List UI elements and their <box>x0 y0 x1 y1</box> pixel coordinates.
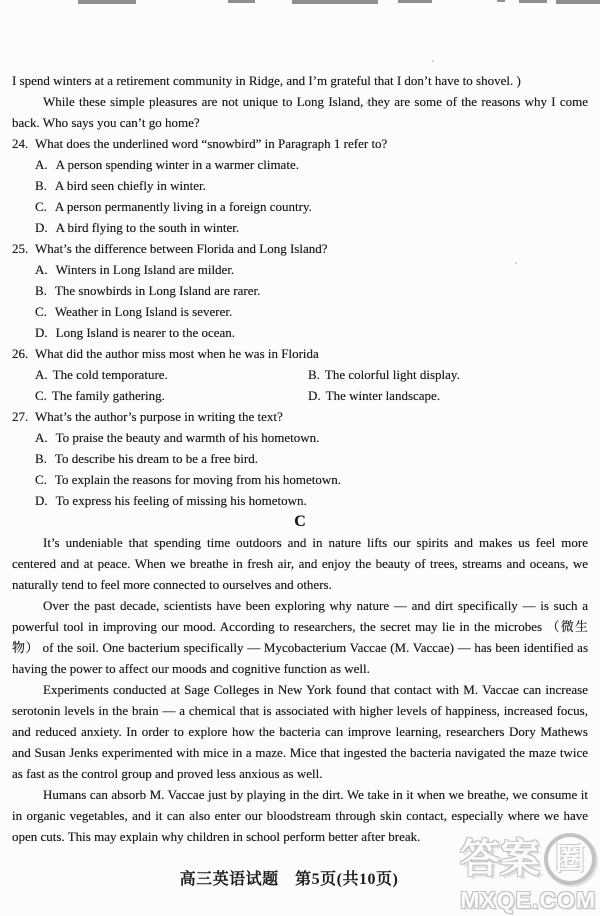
scan-artifact <box>292 0 378 4</box>
question-27-option-d: D.To express his feeling of missing his … <box>35 490 588 511</box>
option-label: D. <box>308 388 321 403</box>
option-label: D. <box>35 493 48 508</box>
option-label: C. <box>35 304 47 319</box>
section-c-header: C <box>12 511 588 532</box>
option-text: Weather in Long Island is severer. <box>55 304 232 319</box>
question-27-option-c: C.To explain the reasons for moving from… <box>35 469 588 490</box>
question-25-option-d: D.Long Island is nearer to the ocean. <box>35 322 588 343</box>
question-24-text: What does the underlined word “snowbird”… <box>35 133 588 154</box>
scan-artifact <box>78 0 136 4</box>
question-25-option-b: B.The snowbirds in Long Island are rarer… <box>35 280 588 301</box>
question-27-option-a: A.To praise the beauty and warmth of his… <box>35 427 588 448</box>
option-label: B. <box>35 178 47 193</box>
passage-c-paragraph-1: It’s undeniable that spending time outdo… <box>12 532 588 595</box>
question-25-option-c: C.Weather in Long Island is severer. <box>35 301 588 322</box>
option-label: A. <box>35 262 48 277</box>
question-26-option-d: D.The winter landscape. <box>308 385 588 406</box>
option-text: To describe his dream to be a free bird. <box>55 451 258 466</box>
question-26-option-c: C.The family gathering. <box>35 385 308 406</box>
passage-c-paragraph-3: Experiments conducted at Sage Colleges i… <box>12 679 588 784</box>
option-text: To express his feeling of missing his ho… <box>56 493 307 508</box>
option-text: Long Island is nearer to the ocean. <box>56 325 235 340</box>
question-24-option-d: D.A bird flying to the south in winter. <box>35 217 588 238</box>
option-text: A bird seen chiefly in winter. <box>55 178 206 193</box>
question-27: 27. What’s the author’s purpose in writi… <box>12 406 588 511</box>
option-label: D. <box>35 220 48 235</box>
question-24-number: 24. <box>12 133 28 154</box>
page-footer: 高三英语试题 第5页(共10页) <box>0 866 578 889</box>
passage-c-paragraph-2: Over the past decade, scientists have be… <box>12 595 588 679</box>
option-label: B. <box>35 283 47 298</box>
question-27-number: 27. <box>12 406 28 427</box>
question-26-option-b: B.The colorful light display. <box>308 364 588 385</box>
option-label: A. <box>35 430 48 445</box>
question-24: 24. What does the underlined word “snowb… <box>12 133 588 238</box>
option-label: D. <box>35 325 48 340</box>
option-text: The winter landscape. <box>326 388 440 403</box>
option-label: C. <box>35 388 47 403</box>
scan-artifact <box>228 0 255 3</box>
watermark-site-text: MXQE.COM <box>460 887 596 914</box>
scan-artifact <box>497 0 505 2</box>
option-text: The cold temporature. <box>53 367 168 382</box>
passage-b-closing-paragraph: While these simple pleasures are not uni… <box>12 91 588 133</box>
option-label: C. <box>35 199 47 214</box>
question-25: 25. What’s the difference between Florid… <box>12 238 588 343</box>
option-text: To praise the beauty and warmth of his h… <box>56 430 320 445</box>
option-label: B. <box>308 367 320 382</box>
option-text: Winters in Long Island are milder. <box>56 262 235 277</box>
question-27-text: What’s the author’s purpose in writing t… <box>35 406 588 427</box>
exam-page-scan: I spend winters at a retirement communit… <box>0 0 600 916</box>
option-text: The colorful light display. <box>325 367 460 382</box>
option-label: A. <box>35 367 48 382</box>
option-text: A person permanently living in a foreign… <box>55 199 312 214</box>
question-24-option-a: A.A person spending winter in a warmer c… <box>35 154 588 175</box>
option-text: To explain the reasons for moving from h… <box>55 472 341 487</box>
page-content: I spend winters at a retirement communit… <box>12 70 588 847</box>
question-24-option-c: C.A person permanently living in a forei… <box>35 196 588 217</box>
scan-artifact <box>398 0 432 3</box>
question-26-option-a: A.The cold temporature. <box>35 364 308 385</box>
question-26-number: 26. <box>12 343 28 364</box>
question-25-text: What’s the difference between Florida an… <box>35 238 588 259</box>
option-label: A. <box>35 157 48 172</box>
question-25-number: 25. <box>12 238 28 259</box>
question-25-option-a: A.Winters in Long Island are milder. <box>35 259 588 280</box>
passage-b-continuation-line: I spend winters at a retirement communit… <box>12 70 588 91</box>
scan-artifact <box>519 0 547 3</box>
question-24-option-b: B.A bird seen chiefly in winter. <box>35 175 588 196</box>
option-text: A person spending winter in a warmer cli… <box>56 157 299 172</box>
option-label: B. <box>35 451 47 466</box>
option-text: A bird flying to the south in winter. <box>56 220 239 235</box>
option-label: C. <box>35 472 47 487</box>
passage-c-paragraph-4: Humans can absorb M. Vaccae just by play… <box>12 784 588 847</box>
option-text: The family gathering. <box>52 388 165 403</box>
question-26: 26. What did the author miss most when h… <box>12 343 588 406</box>
question-26-text: What did the author miss most when he wa… <box>35 343 588 364</box>
scan-artifact <box>556 0 600 4</box>
scan-speck <box>432 60 434 62</box>
question-26-options: A.The cold temporature. B.The colorful l… <box>35 364 588 406</box>
option-text: The snowbirds in Long Island are rarer. <box>55 283 260 298</box>
question-27-option-b: B.To describe his dream to be a free bir… <box>35 448 588 469</box>
